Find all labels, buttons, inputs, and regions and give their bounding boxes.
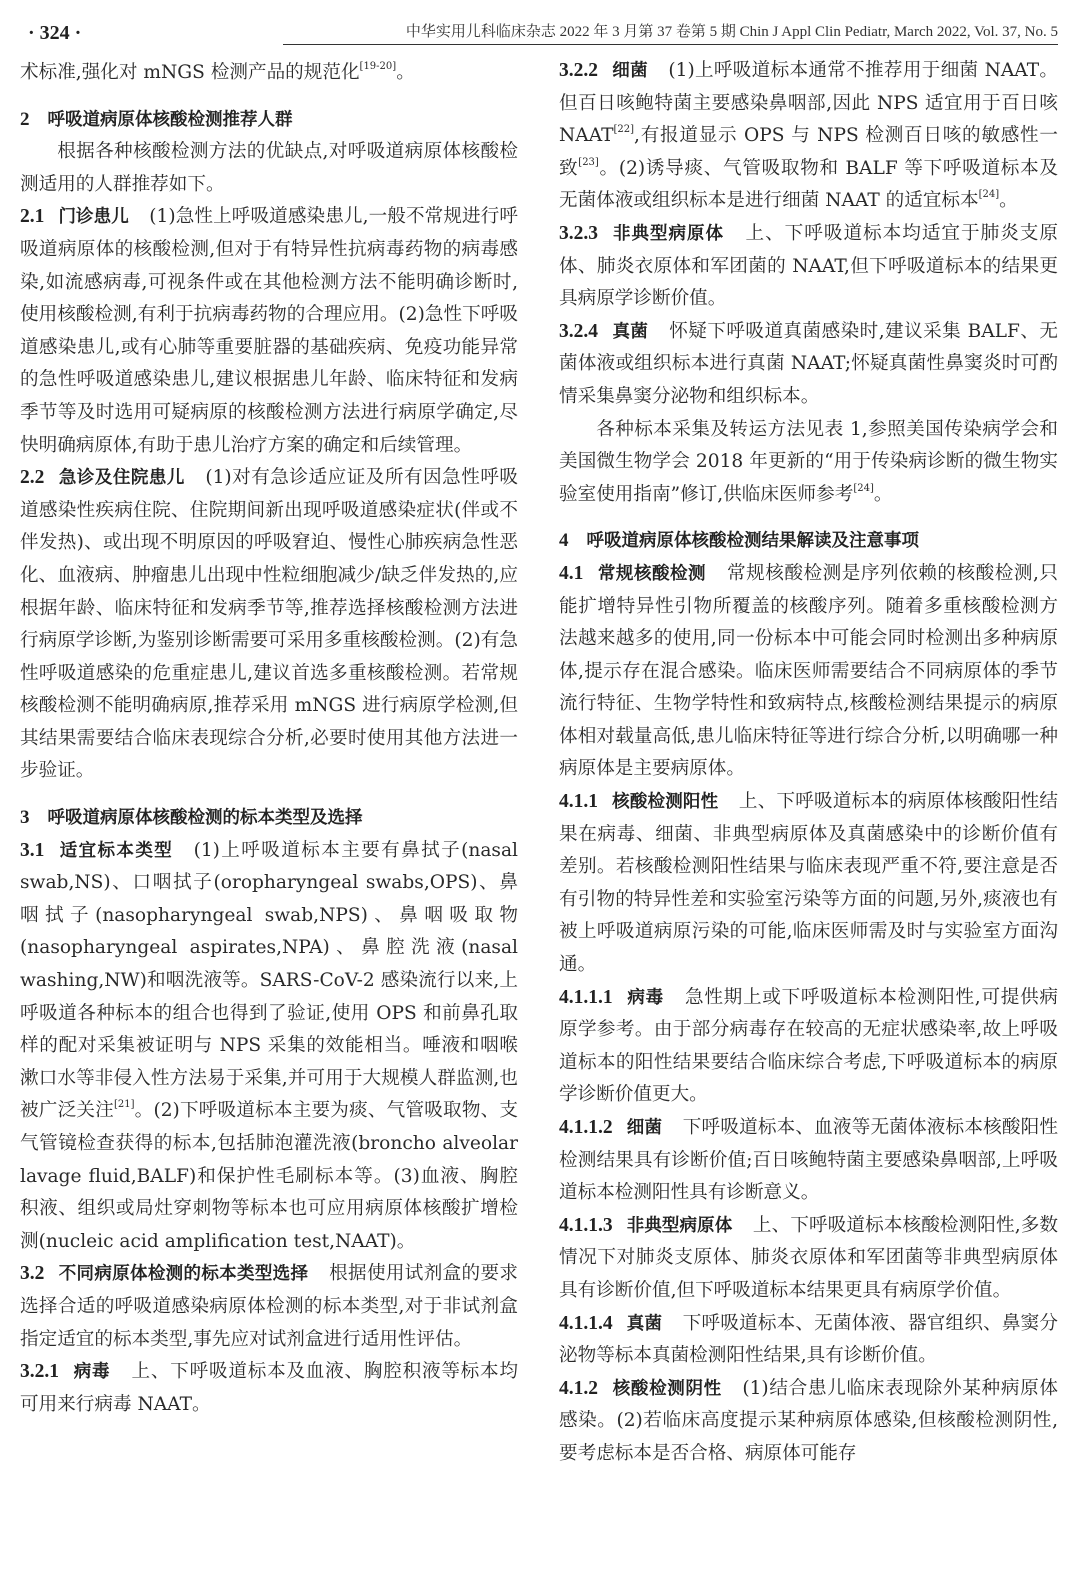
subsection-4-1-2: 4.1.2核酸检测阴性(1)结合患儿临床表现除外某种病原体感染。(2)若临床高度…: [559, 1373, 1058, 1471]
citation: [21]: [114, 1099, 135, 1110]
citation: [24]: [979, 189, 1000, 200]
subsection-title: 细菌: [627, 1118, 663, 1138]
subsection-3-2-1: 3.2.1病毒上、下呼吸道标本及血液、胸腔积液等标本均可用来行病毒 NAAT。: [20, 1356, 518, 1421]
section-heading-3: 3呼吸道病原体核酸检测的标本类型及选择: [20, 802, 518, 835]
page-number: · 324 ·: [28, 22, 81, 45]
subsection-4-1-1-4: 4.1.1.4真菌下呼吸道标本、无菌体液、器官组织、鼻窦分泌物等标本真菌检测阳性…: [559, 1308, 1058, 1373]
citation: [22]: [614, 124, 635, 135]
section-heading-4: 4呼吸道病原体核酸检测结果解读及注意事项: [559, 525, 1058, 558]
subsection-title: 病毒: [627, 988, 664, 1008]
subsection-3-1: 3.1适宜标本类型(1)上呼吸道标本主要有鼻拭子(nasal swab,NS)、…: [20, 835, 518, 1259]
subsection-title: 不同病原体检测的标本类型选择: [58, 1264, 308, 1284]
subsection-title: 核酸检测阳性: [612, 792, 718, 812]
subsection-title: 细菌: [612, 61, 648, 81]
subsection-title: 门诊患儿: [58, 207, 128, 227]
citation: [19-20]: [360, 61, 397, 72]
subsection-3-2-2: 3.2.2细菌(1)上呼吸道标本通常不推荐用于细菌 NAAT。但百日咳鲍特菌主要…: [559, 55, 1058, 218]
subsection-title: 核酸检测阴性: [612, 1379, 722, 1399]
running-head: 中华实用儿科临床杂志 2022 年 3 月第 37 卷第 5 期 Chin J …: [283, 20, 1058, 45]
subsection-3-2-3: 3.2.3非典型病原体上、下呼吸道标本均适宜于肺炎支原体、肺炎衣原体和军团菌的 …: [559, 218, 1058, 316]
subsection-title: 非典型病原体: [612, 224, 724, 244]
subsection-title: 适宜标本类型: [58, 841, 173, 861]
subsection-title: 真菌: [627, 1314, 663, 1334]
subsection-4-1-1: 4.1.1核酸检测阳性上、下呼吸道标本的病原体核酸阳性结果在病毒、细菌、非典型病…: [559, 786, 1058, 982]
subsection-3-2: 3.2不同病原体检测的标本类型选择根据使用试剂盒的要求选择合适的呼吸道感染病原体…: [20, 1258, 518, 1356]
left-column: 术标准,强化对 mNGS 检测产品的规范化[19-20]。 2呼吸道病原体核酸检…: [20, 57, 518, 1421]
subsection-title: 病毒: [73, 1362, 110, 1382]
subsection-2-1: 2.1门诊患儿(1)急性上呼吸道感染患儿,一般不常规进行呼吸道病原体的核酸检测,…: [20, 201, 518, 462]
subsection-4-1-1-2: 4.1.1.2细菌下呼吸道标本、血液等无菌体液标本核酸阳性检测结果具有诊断价值;…: [559, 1112, 1058, 1210]
subsection-4-1: 4.1常规核酸检测常规核酸检测是序列依赖的核酸检测,只能扩增特异性引物所覆盖的核…: [559, 558, 1058, 786]
table-reference-paragraph: 各种标本采集及转运方法见表 1,参照美国传染病学会和美国微生物学会 2018 年…: [559, 414, 1058, 512]
subsection-title: 常规核酸检测: [597, 564, 706, 584]
subsection-4-1-1-3: 4.1.1.3非典型病原体上、下呼吸道标本核酸检测阳性,多数情况下对肺炎支原体、…: [559, 1210, 1058, 1308]
right-column: 3.2.2细菌(1)上呼吸道标本通常不推荐用于细菌 NAAT。但百日咳鲍特菌主要…: [559, 55, 1058, 1471]
subsection-2-2: 2.2急诊及住院患儿(1)对有急诊适应证及所有因急性呼吸道感染性疾病住院、住院期…: [20, 462, 518, 788]
subsection-title: 真菌: [612, 322, 648, 342]
section-2-intro: 根据各种核酸检测方法的优缺点,对呼吸道病原体核酸检测适用的人群推荐如下。: [20, 136, 518, 201]
subsection-title: 急诊及住院患儿: [58, 468, 184, 488]
subsection-title: 非典型病原体: [627, 1216, 733, 1236]
subsection-4-1-1-1: 4.1.1.1病毒急性期上或下呼吸道标本检测阳性,可提供病原学参考。由于部分病毒…: [559, 982, 1058, 1112]
carryover-paragraph: 术标准,强化对 mNGS 检测产品的规范化[19-20]。: [20, 57, 518, 90]
citation: [24]: [853, 483, 874, 494]
section-heading-2: 2呼吸道病原体核酸检测推荐人群: [20, 104, 518, 137]
citation: [23]: [578, 157, 599, 168]
subsection-3-2-4: 3.2.4真菌怀疑下呼吸道真菌感染时,建议采集 BALF、无菌体液或组织标本进行…: [559, 316, 1058, 414]
